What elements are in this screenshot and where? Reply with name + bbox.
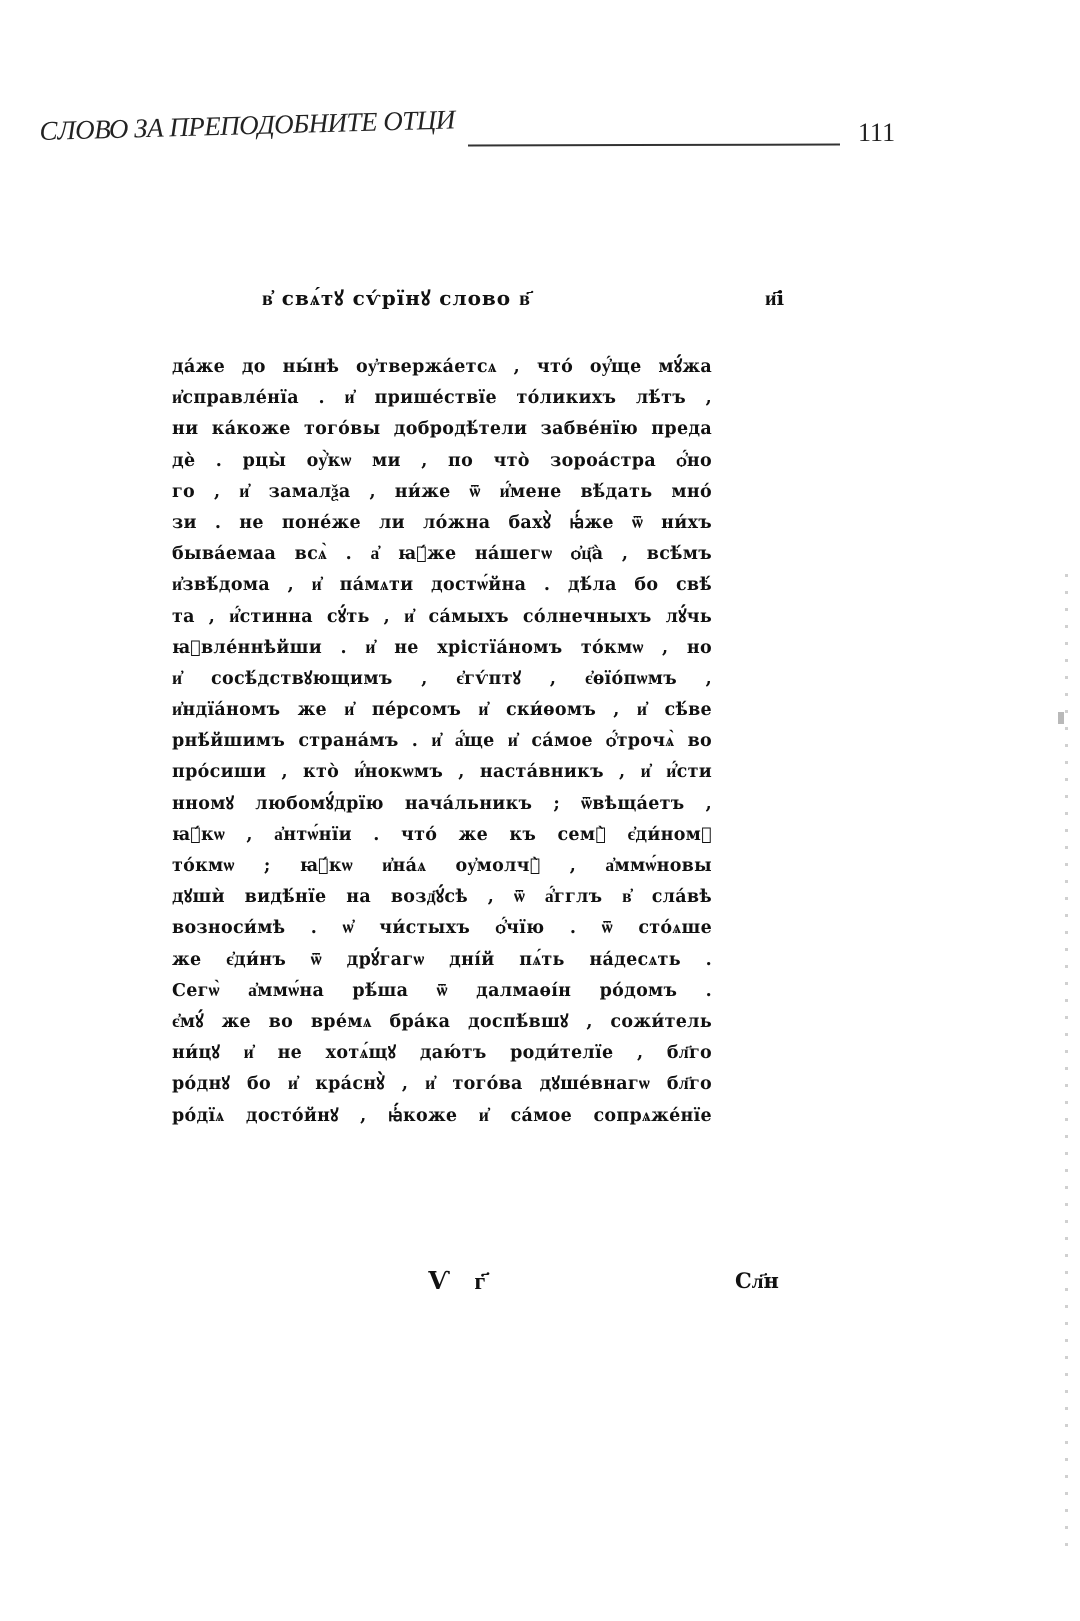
text-line: Сегѡ̀ а҆ммѡ́на рѣ́ша ѿ далмаѳі́н ро́домъ…	[172, 976, 712, 1007]
text-line: дѐ . рцы̀ оу҆̀кѡ ми , по что̀ зороа́стра…	[172, 446, 712, 477]
text-line: ро́днꙋ бо и҆ кра́снꙋ̀ , и҆ того́ва дꙋше́…	[172, 1069, 712, 1100]
facsimile-heading: в҆ свѧ́тꙋ сѵ́рїнꙋ слово в҃	[262, 284, 531, 311]
header-rule	[468, 144, 840, 147]
text-line: ꙗ҆́кѡ , а҆нтѡ́нїи . что́ же къ семꙋ̀ є҆д…	[172, 820, 712, 851]
text-line: ро́дїѧ досто́йнꙋ , ꙗ҆́коже и҆ са́мое соп…	[172, 1101, 712, 1132]
text-line: нномꙋ любомꙋ́дрїю нача́льникъ ; ѿвѣща́ет…	[172, 789, 712, 820]
text-line: про́сиши , кто̀ и҆́нокѡмъ , наста́вникъ …	[172, 757, 712, 788]
facsimile-folio-mark: и҃і	[765, 286, 784, 311]
text-line: та , и҆́стинна сꙋ́ть , и҆ са́мыхъ со́лне…	[172, 602, 712, 633]
text-line: же є҆ди́нъ ѿ дрꙋ́гагѡ дні́й пѧ́ть на́дес…	[172, 945, 712, 976]
book-page: СЛОВО ЗА ПРЕПОДОБНИТЕ ОТЦИ 111 в҆ свѧ́тꙋ…	[0, 0, 1080, 1621]
text-line: и҆ сосѣ́дствꙋющимъ , є҆гѵ́птꙋ , є҆ѳїо́пѡ…	[172, 664, 712, 695]
scan-edge-artifact	[1065, 560, 1068, 1560]
text-line: ꙗ҆вле́ннѣйши . и҆ не хрістїа́номъ то́кмѡ…	[172, 633, 712, 664]
signature-mark: Ѵ г҃	[428, 1266, 493, 1296]
text-line: да́же до ны́нѣ оу҆твержа́етсѧ , что́ оу҆…	[172, 352, 712, 383]
text-line: го , и҆ замалѯа , ни́же ѿ и҆́мене вѣ́дат…	[172, 477, 712, 508]
text-line: и҆ндїа́номъ же и҆ пе́рсомъ и҆ ски́ѳомъ ,…	[172, 695, 712, 726]
text-line: и҆справле́нїа . и҆ прише́ствїе то́ликихъ…	[172, 383, 712, 414]
text-line: быва́емаа всѧ̀ . а҆ ꙗ҆́же на́шегѡ ѻ҆ц҃а̀…	[172, 539, 712, 570]
page-number: 111	[858, 118, 895, 148]
text-line: зи . не поне́же ли ло́жна бахꙋ̀ ꙗ҆́же ѿ …	[172, 508, 712, 539]
text-line: є҆мꙋ́ же во вре́мѧ бра́ка доспѣ́вшꙋ , со…	[172, 1007, 712, 1038]
text-line: дꙋшѝ видѣ́нїе на возд҃ꙋ́сѣ , ѿ а҆́гглъ в…	[172, 882, 712, 913]
text-line: ни ка́коже того́вы добродѣ́тели забве́нї…	[172, 414, 712, 445]
text-line: ни́цꙋ и҆ не хотѧ́щꙋ даю́тъ роди́телїе , …	[172, 1038, 712, 1069]
text-line: рнѣ́йшимъ страна́мъ . и҆ а҆́ще и҆ са́мое…	[172, 726, 712, 757]
text-line: и҆звѣ́дома , и҆ па́мѧти достѡ́йна . дѣ́л…	[172, 570, 712, 601]
text-line: то́кмѡ ; ꙗ҆́кѡ и҆на́ѧ оу҆молчꙋ̀ , а҆ммѡ́…	[172, 851, 712, 882]
running-header: СЛОВО ЗА ПРЕПОДОБНИТЕ ОТЦИ 111	[40, 112, 860, 160]
running-title: СЛОВО ЗА ПРЕПОДОБНИТЕ ОТЦИ	[39, 104, 455, 147]
scan-speck-artifact	[1058, 712, 1064, 724]
facsimile-text-block: да́же до ны́нѣ оу҆твержа́етсѧ , что́ оу҆…	[172, 352, 712, 1132]
catchword: Сл҃н	[735, 1268, 779, 1294]
text-line: возноси́мѣ . ѡ҆ чи́стыхъ ѻ҆́чїю . ѿ сто́…	[172, 913, 712, 944]
